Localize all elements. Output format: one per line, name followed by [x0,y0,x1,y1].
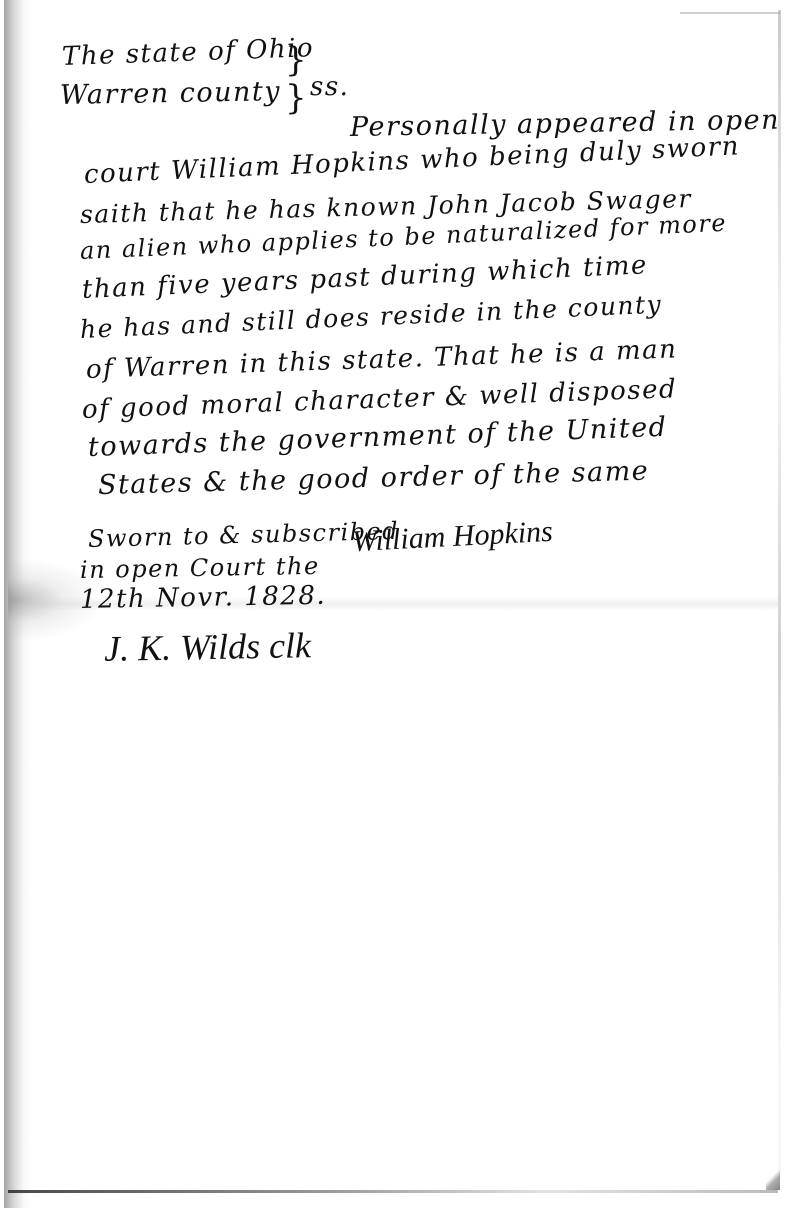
jurat-line-2: in open Court the [80,552,320,584]
venue-brace-bottom: } [285,78,307,118]
scan-bottom-edge [8,1190,778,1193]
paper-corner-curl [766,1168,780,1190]
venue-state: The state of Ohio [61,33,314,72]
venue-county: Warren county [60,76,282,111]
scanned-document-page: The state of Ohio } Warren county } ss. … [0,0,800,1208]
body-line-10: States & the good order of the same [98,456,650,501]
scan-right-edge [778,10,781,1180]
scilicet-mark: ss. [310,72,349,102]
clerk-signature: J. K. Wilds clk [104,624,312,670]
jurat-line-3: 12th Novr. 1828. [80,581,327,615]
scan-top-edge [680,12,780,14]
venue-brace-top: } [285,40,307,80]
